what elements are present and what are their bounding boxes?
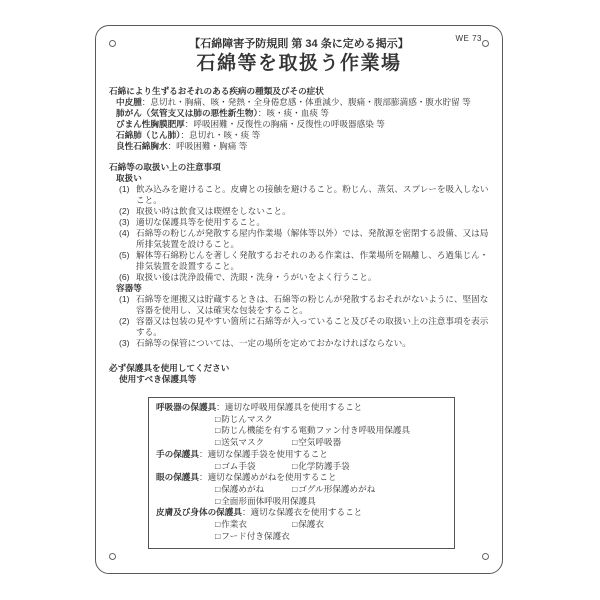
sign-title: 石綿等を取扱う作業場 xyxy=(96,53,502,74)
item-text: 適切な保護具等を使用すること。 xyxy=(136,217,489,228)
item-number: (1) xyxy=(119,184,136,206)
ppe-option-row: □保護めがね□ゴグル形保護めがね xyxy=(156,484,448,496)
item-text: 取扱い時は飲食又は喫煙をしないこと。 xyxy=(136,206,489,217)
ppe-option: □ゴム手袋 xyxy=(215,461,292,473)
ppe-option-row: □防じんマスク xyxy=(156,414,448,426)
ppe-option-row: □防じん機能を有する電動ファン付き呼吸用保護具 xyxy=(156,425,448,437)
ppe-option: □防じんマスク xyxy=(215,414,292,426)
item-text: 石綿等の粉じんが発散する屋内作業場（解体等以外）では、発散源を密閉する設備、又は… xyxy=(136,228,489,250)
handling-item: (6)取扱い後は洗浄設備で、洗眼・洗身・うがいをよく行うこと。 xyxy=(119,272,489,283)
ppe-option: □防じん機能を有する電動ファン付き呼吸用保護具 xyxy=(215,425,410,437)
ppe-option: □送気マスク xyxy=(215,437,292,449)
disease-description: ：呼吸困難・反復性の胸痛・反復性の呼吸器感染 等 xyxy=(185,119,385,129)
item-number: (2) xyxy=(119,316,136,338)
ppe-group-desc: ：適切な保護めがねを使用すること xyxy=(199,472,337,482)
ppe-option-label: 化学防護手袋 xyxy=(298,461,350,471)
ppe-option-label: 作業衣 xyxy=(221,519,247,529)
disease-description: ：息切れ・胸痛、咳・発熱・全身倦怠感・体重減少、腹痛・腹部膨満感・腹水貯留 等 xyxy=(142,97,471,107)
ppe-group-heading: 皮膚及び身体の保護具：適切な保護衣を使用すること xyxy=(156,507,448,519)
item-number: (4) xyxy=(119,228,136,250)
disease-item: 中皮腫：息切れ・胸痛、咳・発熱・全身倦怠感・体重減少、腹痛・腹部膨満感・腹水貯留… xyxy=(116,97,489,108)
ppe-group-heading: 呼吸器の保護具：適切な呼吸用保護具を使用すること xyxy=(156,402,448,414)
ppe-group-label: 手の保護具 xyxy=(156,449,199,459)
ppe-option: □保護めがね xyxy=(215,484,292,496)
item-text: 取扱い後は洗浄設備で、洗眼・洗身・うがいをよく行うこと。 xyxy=(136,272,489,283)
checkbox-icon: □ xyxy=(292,437,297,447)
handling-item: (3)適切な保護具等を使用すること。 xyxy=(119,217,489,228)
checkbox-icon: □ xyxy=(215,484,220,494)
checkbox-icon: □ xyxy=(215,519,220,529)
disease-item: 肺がん（気管支又は肺の悪性新生物）：咳・痰・血痰 等 xyxy=(116,108,489,119)
checkbox-icon: □ xyxy=(292,519,297,529)
ppe-option: □フード付き保護衣 xyxy=(215,531,290,543)
disease-description: ：咳・痰・血痰 等 xyxy=(258,108,329,118)
ppe-option-row: □送気マスク□空気呼吸器 xyxy=(156,437,448,449)
ppe-group-label: 呼吸器の保護具 xyxy=(156,402,216,412)
ppe-group-label: 皮膚及び身体の保護具 xyxy=(156,507,242,517)
item-number: (5) xyxy=(119,250,136,272)
ppe-option-label: 防じんマスク xyxy=(221,414,273,424)
container-item: (1)石綿等を運搬又は貯蔵するときは、石綿等の粉じんが発散するおそれがないように… xyxy=(119,294,489,316)
mounting-hole-bottom-left xyxy=(109,553,116,560)
disease-item: 石綿肺（じん肺）：息切れ・咳・痰 等 xyxy=(116,130,489,141)
handling-item: (5)解体等石綿粉じんを著しく発散するおそれのある作業は、作業場所を隔離し、ろ過… xyxy=(119,250,489,272)
ppe-option-row: □ゴム手袋□化学防護手袋 xyxy=(156,461,448,473)
sign-plate: WE 73 【石綿障害予防規則 第 34 条に定める掲示】 石綿等を取扱う作業場… xyxy=(95,25,503,574)
handling-item: (1)飲み込みを避けること。皮膚との接触を避けること。粉じん、蒸気、スプレーを吸… xyxy=(119,184,489,206)
item-number: (3) xyxy=(119,217,136,228)
item-number: (3) xyxy=(119,338,136,349)
ppe-group-heading: 眼の保護具：適切な保護めがねを使用すること xyxy=(156,472,448,484)
handling-item: (2)取扱い時は飲食又は喫煙をしないこと。 xyxy=(119,206,489,217)
checkbox-icon: □ xyxy=(215,437,220,447)
ppe-subheading: 使用すべき保護具等 xyxy=(119,374,489,385)
containers-subheading: 容器等 xyxy=(116,283,489,294)
checkbox-icon: □ xyxy=(215,414,220,424)
mounting-hole-bottom-right xyxy=(482,553,489,560)
ppe-option: □全面形面体呼吸用保護具 xyxy=(215,496,316,508)
sign-body: 石綿により生ずるおそれのある疾病の種類及びその症状 中皮腫：息切れ・胸痛、咳・発… xyxy=(109,86,489,549)
ppe-option-row: □全面形面体呼吸用保護具 xyxy=(156,496,448,508)
disease-item: 良性石綿胸水：呼吸困難・胸痛 等 xyxy=(116,141,489,152)
disease-description: ：呼吸困難・胸痛 等 xyxy=(168,141,248,151)
checkbox-icon: □ xyxy=(215,425,220,435)
item-number: (6) xyxy=(119,272,136,283)
checkbox-icon: □ xyxy=(215,496,220,506)
ppe-option: □化学防護手袋 xyxy=(292,461,350,473)
model-number: WE 73 xyxy=(455,34,482,43)
ppe-group-desc: ：適切な保護衣を使用すること xyxy=(242,507,362,517)
ppe-option-label: 防じん機能を有する電動ファン付き呼吸用保護具 xyxy=(221,425,410,435)
ppe-option-label: 全面形面体呼吸用保護具 xyxy=(221,496,316,506)
disease-term: 石綿肺（じん肺） xyxy=(116,130,180,140)
ppe-option-row: □作業衣□保護衣 xyxy=(156,519,448,531)
item-number: (1) xyxy=(119,294,136,316)
item-text: 飲み込みを避けること。皮膚との接触を避けること。粉じん、蒸気、スプレーを吸入しな… xyxy=(136,184,489,206)
item-text: 容器又は包装の見やすい箇所に石綿等が入っていること及びその取扱い上の注意事項を表… xyxy=(136,316,489,338)
ppe-box: 呼吸器の保護具：適切な呼吸用保護具を使用すること □防じんマスク □防じん機能を… xyxy=(148,397,455,549)
ppe-option: □ゴグル形保護めがね xyxy=(292,484,375,496)
disease-term: 肺がん（気管支又は肺の悪性新生物） xyxy=(116,108,258,118)
ppe-group-heading: 手の保護具：適切な保護手袋を使用すること xyxy=(156,449,448,461)
mounting-hole-top-right xyxy=(482,40,489,47)
ppe-group-desc: ：適切な保護手袋を使用すること xyxy=(199,449,328,459)
disease-term: びまん性胸膜肥厚 xyxy=(116,119,185,129)
checkbox-icon: □ xyxy=(292,484,297,494)
disease-section-heading: 石綿により生ずるおそれのある疾病の種類及びその症状 xyxy=(109,86,489,97)
container-item: (2)容器又は包装の見やすい箇所に石綿等が入っていること及びその取扱い上の注意事… xyxy=(119,316,489,338)
ppe-group-label: 眼の保護具 xyxy=(156,472,199,482)
ppe-option: □作業衣 xyxy=(215,519,292,531)
ppe-option: □保護衣 xyxy=(292,519,324,531)
item-number: (2) xyxy=(119,206,136,217)
ppe-option-label: 保護めがね xyxy=(221,484,264,494)
checkbox-icon: □ xyxy=(215,461,220,471)
handling-item: (4)石綿等の粉じんが発散する屋内作業場（解体等以外）では、発散源を密閉する設備… xyxy=(119,228,489,250)
mounting-hole-top-left xyxy=(109,40,116,47)
regulation-header: 【石綿障害予防規則 第 34 条に定める掲示】 xyxy=(96,38,502,51)
handling-subheading: 取扱い xyxy=(116,173,489,184)
ppe-option-label: 保護衣 xyxy=(298,519,324,529)
disease-description: ：息切れ・咳・痰 等 xyxy=(180,130,260,140)
item-text: 石綿等の保管については、一定の場所を定めておかなければならない。 xyxy=(136,338,489,349)
disease-item: びまん性胸膜肥厚：呼吸困難・反復性の胸痛・反復性の呼吸器感染 等 xyxy=(116,119,489,130)
precautions-heading: 石綿等の取扱い上の注意事項 xyxy=(109,162,489,173)
ppe-notice: 必ず保護具を使用してください xyxy=(109,363,489,374)
disease-term: 中皮腫 xyxy=(116,97,142,107)
ppe-option: □空気呼吸器 xyxy=(292,437,341,449)
ppe-option-row: □フード付き保護衣 xyxy=(156,531,448,543)
ppe-option-label: フード付き保護衣 xyxy=(221,531,290,541)
ppe-option-label: 送気マスク xyxy=(221,437,264,447)
checkbox-icon: □ xyxy=(292,461,297,471)
ppe-option-label: 空気呼吸器 xyxy=(298,437,341,447)
item-text: 石綿等を運搬又は貯蔵するときは、石綿等の粉じんが発散するおそれがないように、堅固… xyxy=(136,294,489,316)
ppe-option-label: ゴグル形保護めがね xyxy=(298,484,375,494)
item-text: 解体等石綿粉じんを著しく発散するおそれのある作業は、作業場所を隔離し、ろ過集じん… xyxy=(136,250,489,272)
ppe-option-label: ゴム手袋 xyxy=(221,461,255,471)
ppe-group-desc: ：適切な呼吸用保護具を使用すること xyxy=(216,402,362,412)
checkbox-icon: □ xyxy=(215,531,220,541)
container-item: (3)石綿等の保管については、一定の場所を定めておかなければならない。 xyxy=(119,338,489,349)
disease-term: 良性石綿胸水 xyxy=(116,141,168,151)
